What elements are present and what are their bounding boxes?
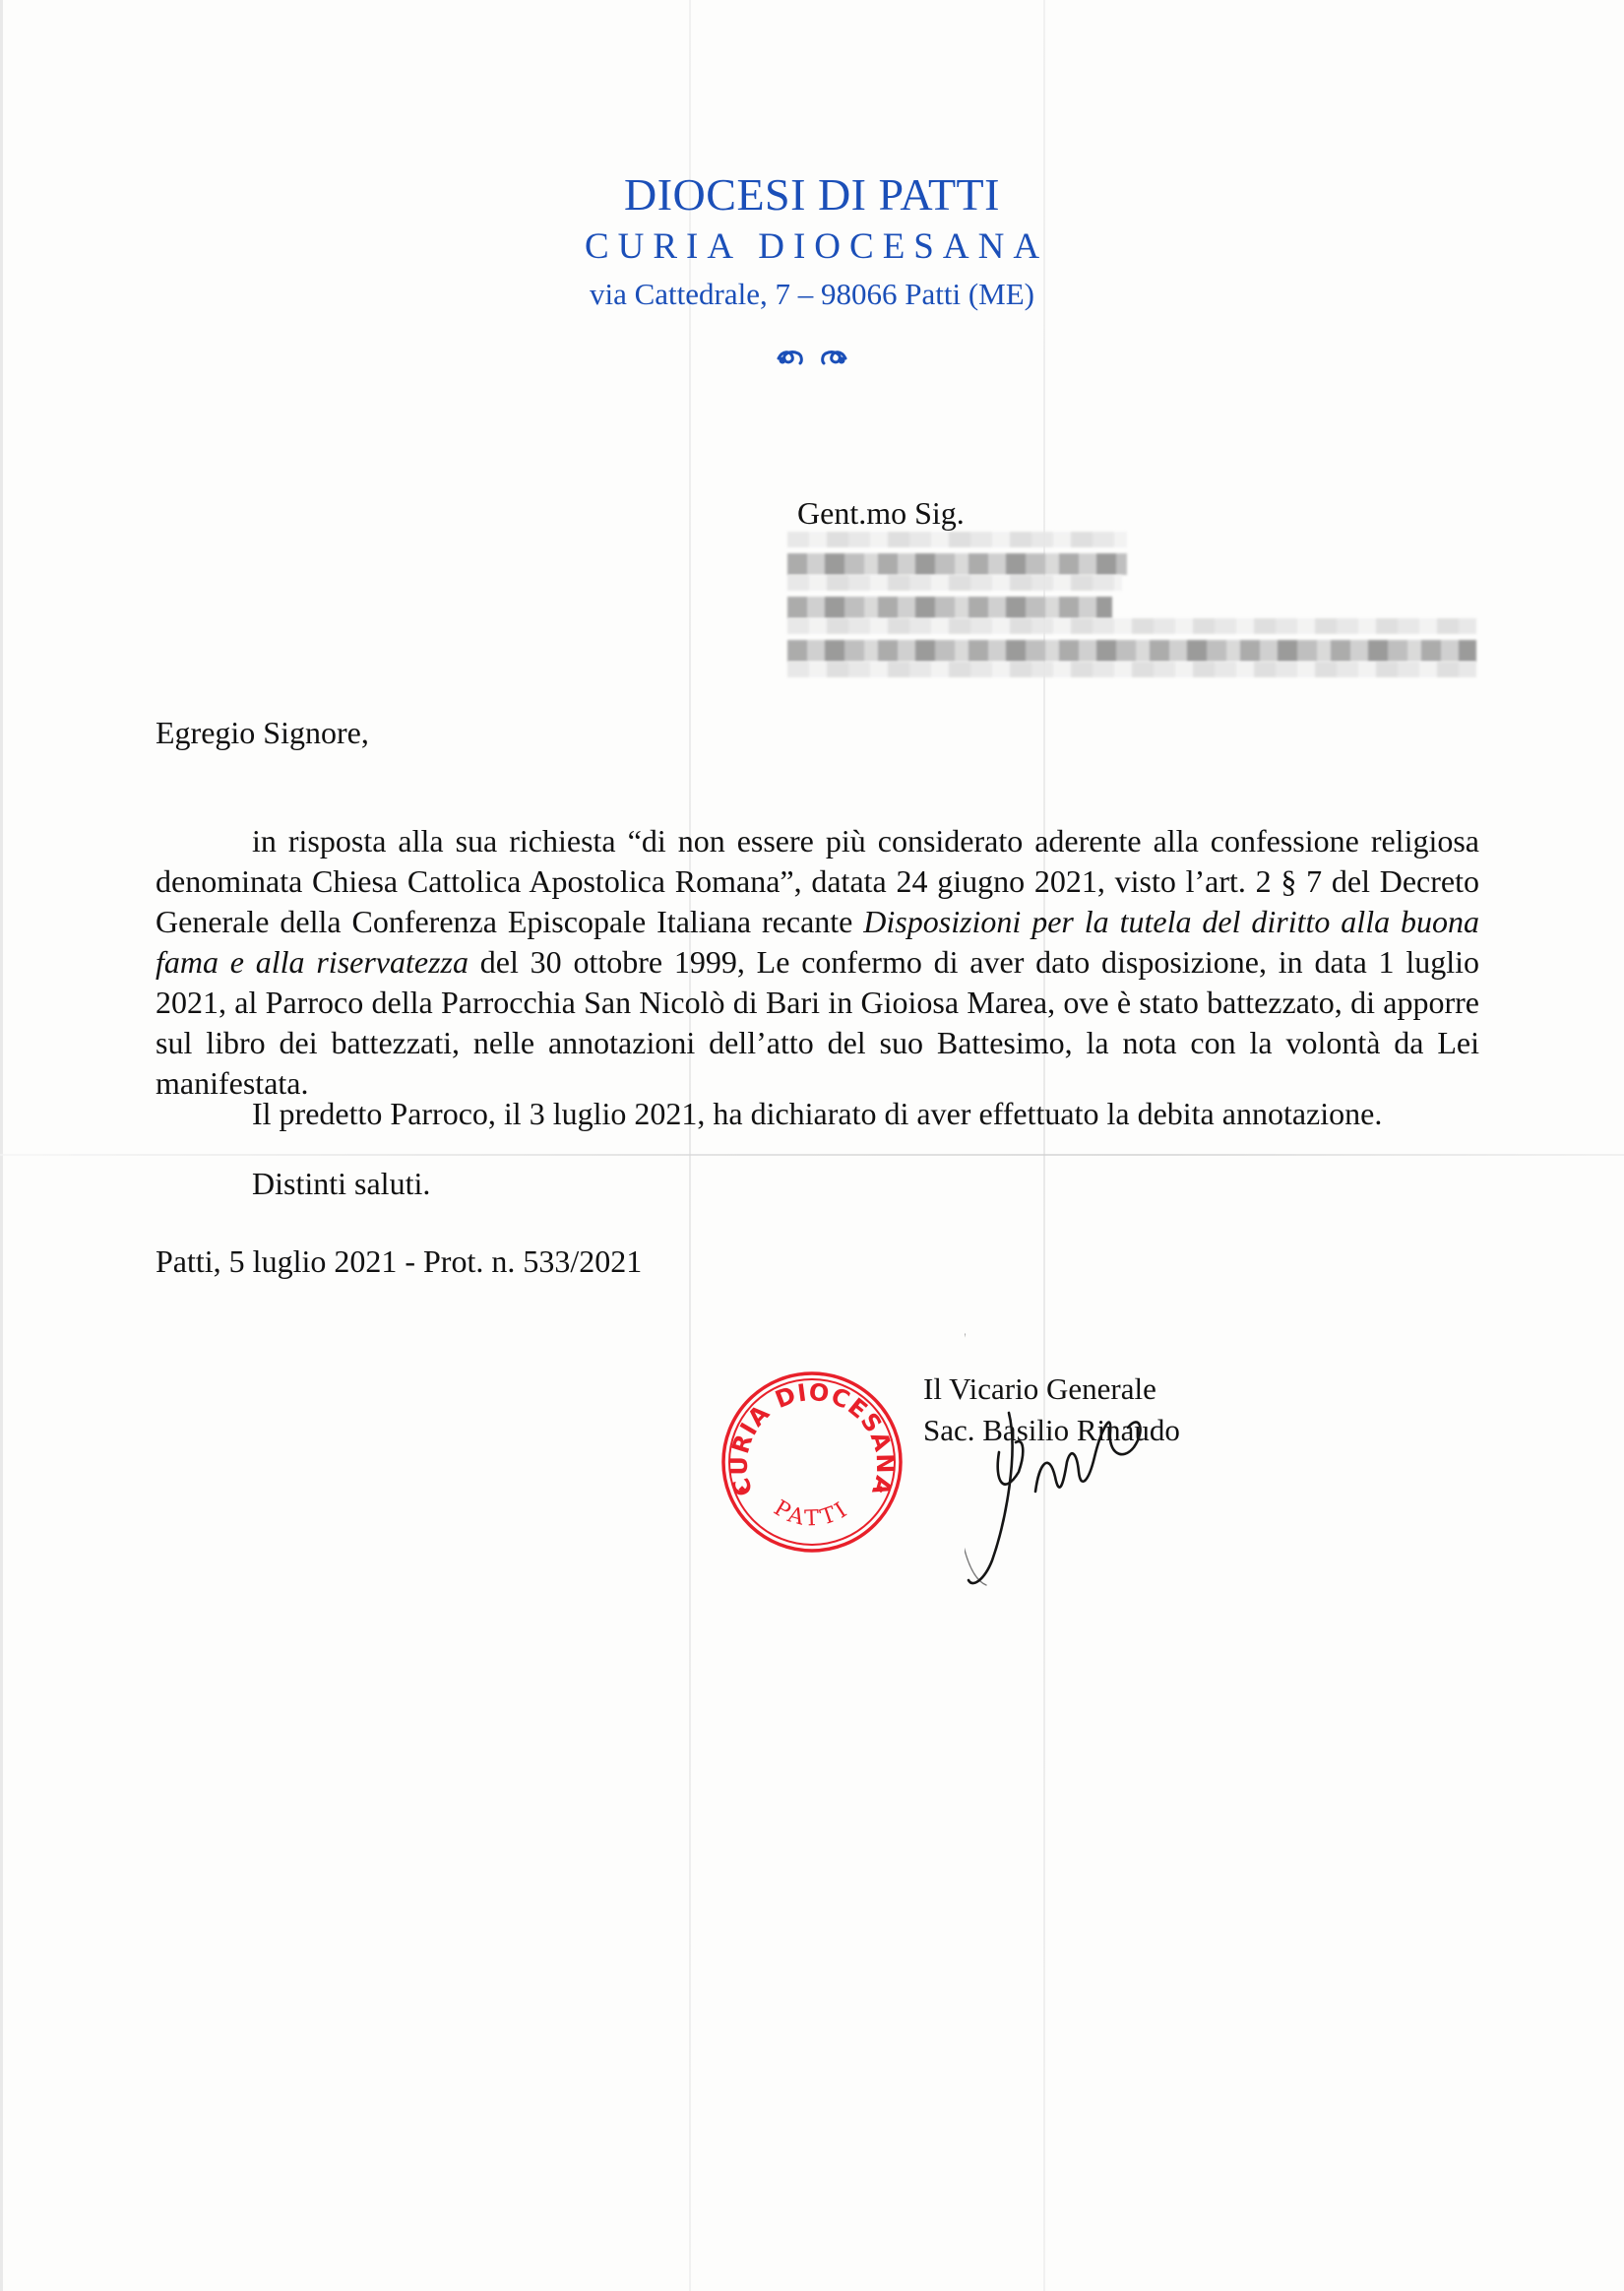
handwritten-signature-icon: [965, 1314, 1240, 1610]
date-protocol-line: Patti, 5 luglio 2021 - Prot. n. 533/2021: [156, 1241, 1479, 1282]
body-paragraph: in risposta alla sua richiesta “di non e…: [156, 821, 1479, 1104]
redacted-recipient-name: [787, 532, 1127, 575]
fleuron-ornament-icon: [0, 341, 1624, 370]
recipient-address-block: Gent.mo Sig.: [797, 494, 1476, 677]
redacted-recipient-street: [787, 575, 1122, 618]
salutation: Egregio Signore,: [156, 713, 1479, 753]
letter-page: DIOCESI DI PATTI CURIA DIOCESANA via Cat…: [0, 0, 1624, 2291]
recipient-greeting: Gent.mo Sig.: [797, 494, 1476, 532]
curia-subtitle: CURIA DIOCESANA: [0, 224, 1624, 270]
diocese-title: DIOCESI DI PATTI: [0, 169, 1624, 221]
annotation-confirmation: Il predetto Parroco, il 3 luglio 2021, h…: [156, 1094, 1479, 1134]
fold-line-horizontal: [0, 1154, 1624, 1156]
svg-text:PATTI: PATTI: [770, 1496, 855, 1531]
letterhead: DIOCESI DI PATTI CURIA DIOCESANA via Cat…: [0, 169, 1624, 370]
redacted-recipient-city: [787, 618, 1476, 677]
curia-address: via Cattedrale, 7 – 98066 Patti (ME): [0, 274, 1624, 315]
curia-stamp: CURIA DIOCESANA PATTI: [718, 1368, 906, 1556]
closing: Distinti saluti.: [156, 1164, 1479, 1204]
